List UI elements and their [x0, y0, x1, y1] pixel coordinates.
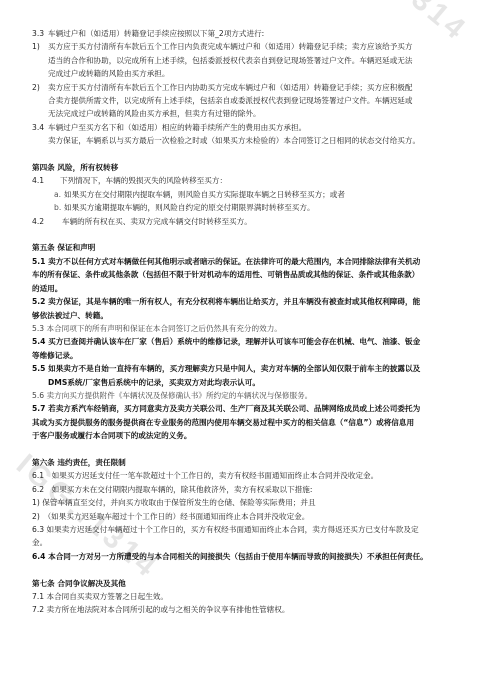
clause-5-3: 5.3 本合同项下的所有声明和保证在本合同签订之后仍然具有充分的效力。: [32, 322, 462, 335]
clause-4-2: 4.2 车辆的所有权在买、卖双方完成车辆交付时转移至买方。: [32, 215, 462, 228]
clause-text-line: 够依法被过户、转籍。: [32, 309, 462, 322]
clause-6-2-item-1: 1) 保管车辆直至交付，并向买方收取由于保管所发生的仓储、保险等实际费用；并且: [32, 496, 462, 509]
clause-5-7: 5.7 若卖方系汽车经销商，买方同意卖方及卖方关联公司、生产厂商及其关联公司、品…: [32, 402, 462, 442]
clause-7-2: 7.2 卖方所在地法院对本合同所引起的或与之相关的争议享有排他性管辖权。: [32, 603, 462, 616]
clause-6-2-item-2: 2) （如果买方迟延取车超过十个工作日的）经书面通知而终止本合同并没收定金。: [32, 510, 462, 523]
sub-text: 如果买方逾期提取车辆的，则风险自约定的原交付期限界满时转移至买方。: [64, 201, 315, 214]
clause-6-3: 6.3 如果卖方迟延交付车辆超过十个工作日的，买方有权经书面通知而终止本合同，卖…: [32, 523, 462, 550]
clause-6-4: 6.4 本合同一方对另一方所遭受的与本合同相关的间接损失（包括由于使用车辆而导致…: [32, 550, 462, 563]
clause-3-4: 3.4 车辆过户至买方名下和（如适用）相应的转籍手续所产生的费用由买方承担。: [32, 121, 462, 134]
clause-7-1: 7.1 本合同自买卖双方签署之日起生效。: [32, 590, 462, 603]
clause-text-line: 5.7 若卖方系汽车经销商，买方同意卖方及卖方关联公司、生产厂商及其关联公司、品…: [32, 402, 462, 415]
clause-text-line: 于客户服务或履行本合同项下的或法定的义务。: [32, 429, 462, 442]
option-text-line: 完成过户或转籍的风险由买方承担。: [48, 67, 462, 80]
clause-number: 4.1: [32, 174, 60, 187]
clause-text-line: 5.4 买方已查阅并确认该车在厂家（售后）系统中的维修记录，理解并认可该车可能会…: [32, 335, 462, 348]
option-text-line: 卖方应于买方付清所有车款后五个工作日内协助买方完成车辆过户和（如适用）转籍登记手…: [48, 81, 462, 94]
clause-text: 下列情况下，车辆的毁损灭失的风险转移至买方：: [60, 174, 462, 187]
clause-4-1: 4.1 下列情况下，车辆的毁损灭失的风险转移至买方：: [32, 174, 462, 187]
clause-5-1: 5.1 卖方不以任何方式对车辆做任何其他明示或者暗示的保证。在法律许可的最大范围…: [32, 255, 462, 295]
clause-text-line: 的适用。: [32, 282, 462, 295]
clause-text-line: 5.2 卖方保证，其是车辆的唯一所有权人，有充分权利将车辆出让给买方，并且车辆没…: [32, 295, 462, 308]
option-text-line: 合卖方提供所需文件，以完成所有上述手续，包括亲自或委派授权代表到登记现场签署过户…: [48, 94, 462, 107]
clause-6-1: 6.1 如果买方迟延支付任一笔车款超过十个工作日的，卖方有权经书面通知而终止本合…: [32, 469, 462, 482]
clause-3-3: 3.3 车辆过户和（如适用）转籍登记手续应按照以下第_2项方式进行:: [32, 27, 462, 40]
clause-number: 3.3: [32, 27, 48, 40]
contract-body: 3.3 车辆过户和（如适用）转籍登记手续应按照以下第_2项方式进行: 1) 买方…: [32, 27, 462, 617]
clause-5-6: 5.6 卖方向买方提供附件《车辆状况及保修确认书》所约定的车辆状况与保修服务。: [32, 389, 462, 402]
sub-text: 如果买方在交付期限内提取车辆，则风险自买方实际提取车辆之日转移至买方；或者: [64, 188, 345, 201]
clause-3-3-option-2: 2) 卖方应于买方付清所有车款后五个工作日内协助买方完成车辆过户和（如适用）转籍…: [32, 81, 462, 121]
option-text-line: 买方应于买方付清所有车款后五个工作日内负责完成车辆过户和（如适用）转籍登记手续；…: [48, 40, 462, 53]
option-text-line: 无法完成过户或转籍的风险由买方承担，但卖方有过错的除外。: [48, 107, 462, 120]
clause-4-1-a: a. 如果买方在交付期限内提取车辆，则风险自买方实际提取车辆之日转移至买方；或者: [32, 188, 462, 201]
clause-3-4-warranty: 卖方保证，车辆系以与买方最后一次检验之时或（如果买方未检验的）本合同签订之日相同…: [32, 134, 462, 147]
clause-4-1-b: b. 如果买方逾期提取车辆的，则风险自约定的原交付期限界满时转移至买方。: [32, 201, 462, 214]
clause-text-line: 6.3 如果卖方迟延交付车辆超过十个工作日的，买方有权经书面通知而终止本合同，卖…: [32, 523, 462, 536]
clause-text-line: 金。: [32, 536, 462, 549]
clause-3-3-option-1: 1) 买方应于买方付清所有车款后五个工作日内负责完成车辆过户和（如适用）转籍登记…: [32, 40, 462, 80]
clause-text-line: DMS系统/厂家售后系统中的记录，买卖双方对此均表示认可。: [32, 376, 462, 389]
section-7-title: 第七条 合同争议解决及其他: [32, 577, 462, 590]
clause-text: 车辆的所有权在买、卖双方完成车辆交付时转移至买方。: [62, 215, 462, 228]
section-4-title: 第四条 风险，所有权转移: [32, 161, 462, 174]
clause-6-2: 6.2 如果买方未在交付期限内提取车辆的，除其他救济外，卖方有权采取以下措施:: [32, 483, 462, 496]
clause-number: 3.4: [32, 121, 48, 134]
clause-text-line: 其或为买方提供服务的服务提供商在专业服务的范围内使用车辆交易过程中买方的相关信息…: [32, 416, 462, 429]
clause-text: 车辆过户至买方名下和（如适用）相应的转籍手续所产生的费用由买方承担。: [48, 121, 462, 134]
sub-marker: b.: [54, 201, 64, 214]
sub-marker: a.: [54, 188, 64, 201]
section-5-title: 第五条 保证和声明: [32, 241, 462, 254]
clause-text-line: 等维修记录。: [32, 349, 462, 362]
clause-text-line: 车的所有保证、条件或其他条款（包括但不限于针对机动车的适用性、可销售品质或其他的…: [32, 268, 462, 281]
option-text-line: 适当的合作和协助，以完成所有上述手续，包括委派授权代表亲自到登记现场签署过户文件…: [48, 54, 462, 67]
clause-5-2: 5.2 卖方保证，其是车辆的唯一所有权人，有充分权利将车辆出让给买方，并且车辆没…: [32, 295, 462, 322]
section-6-title: 第六条 违约责任，责任限制: [32, 456, 462, 469]
clause-5-5: 5.5 如果卖方不是自始一直持有车辆的，买方理解卖方只是中间人，卖方对车辆的全部…: [32, 362, 462, 389]
clause-text: 车辆过户和（如适用）转籍登记手续应按照以下第_2项方式进行:: [48, 27, 462, 40]
clause-number: 4.2: [32, 215, 62, 228]
clause-text-line: 5.1 卖方不以任何方式对车辆做任何其他明示或者暗示的保证。在法律许可的最大范围…: [32, 255, 462, 268]
clause-5-4: 5.4 买方已查阅并确认该车在厂家（售后）系统中的维修记录，理解并认可该车可能会…: [32, 335, 462, 362]
option-number: 2): [32, 81, 48, 121]
option-number: 1): [32, 40, 48, 80]
clause-text-line: 5.5 如果卖方不是自始一直持有车辆的，买方理解卖方只是中间人，卖方对车辆的全部…: [32, 362, 462, 375]
document-page: 1314 IGG..1314 3.3 车辆过户和（如适用）转籍登记手续应按照以下…: [0, 0, 488, 682]
